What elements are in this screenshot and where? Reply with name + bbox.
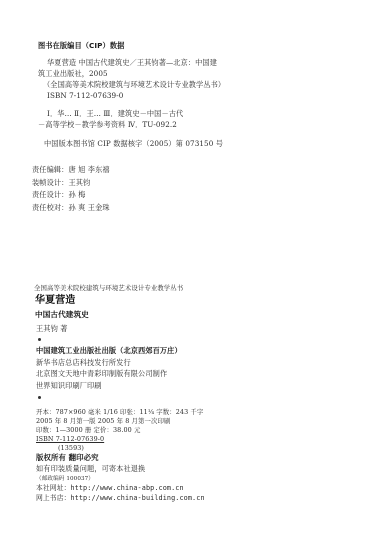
format-line: 开本：787×960 毫米 1/16 印张：11¼ 字数：243 千字 [36,408,203,417]
publisher-line: 中国建筑工业出版社出版（北京西郊百万庄） [36,346,182,355]
book-code: (13593) [58,444,84,453]
website-link[interactable]: http://www.china-abp.com.cn [70,484,183,492]
isbn-line: ISBN 7-112-07639-0 [36,435,104,444]
distributor-line: 新华书店总店科技发行所发行 [36,358,131,367]
cip-library-record: 中国版本图书馆 CIP 数据核字（2005）第 073150 号 [44,139,223,148]
book-title: 华夏营造 [35,295,75,307]
cip-subject-line2: －高等学校－教学参考资料 Ⅳ．TU-092.2 [38,120,177,129]
producer-line: 北京图文天地中青彩印制版有限公司制作 [36,369,167,378]
credit-proofreading: 责任校对：孙 爽 王金珠 [32,203,110,212]
postcode: （邮政编码 100037） [36,475,94,484]
bookstore-line: 网上书店：http://www.china-building.com.cn [36,494,205,503]
bullet-divider-icon [38,338,41,341]
cip-entry-line1: 华夏营造 中国古代建筑史／王其钧著—北京：中国建 [47,58,217,67]
cip-series-line: （全国高等美术院校建筑与环境艺术设计专业教学丛书） [43,80,225,89]
credit-design: 责任设计：孙 梅 [32,190,85,199]
website-label: 本社网址： [36,484,70,492]
edition-line: 2005 年 8 月第一版 2005 年 8 月第一次印刷 [36,417,170,426]
book-subtitle: 中国古代建筑史 [35,310,89,319]
printer-line: 世界知识印刷厂印刷 [36,381,102,390]
cip-entry-line2: 筑工业出版社，2005 [38,69,108,78]
website-line: 本社网址：http://www.china-abp.com.cn [36,484,184,493]
returns-notice: 如有印装质量问题，可寄本社退换 [36,464,145,473]
cip-subject-line1: Ⅰ．华… Ⅱ．王… Ⅲ．建筑史－中国－古代 [47,109,183,118]
bookstore-link[interactable]: http://www.china-building.com.cn [70,494,204,502]
credit-editors: 责任编辑：唐 旭 李东禧 [32,165,110,174]
print-run-line: 印数：1—3000 册 定价：38.00 元 [36,426,140,435]
credit-cover-design: 装帧设计：王其钧 [32,178,90,187]
copyright-notice: 版权所有 翻印必究 [36,453,99,462]
cip-isbn-line: ISBN 7-112-07639-0 [47,91,123,100]
bookstore-label: 网上书店： [36,494,70,502]
book-author: 王其钧 著 [36,324,68,333]
series-name: 全国高等美术院校建筑与环境艺术设计专业教学丛书 [34,284,183,293]
bullet-divider-icon [38,396,41,399]
cip-heading: 图书在版编目（CIP）数据 [38,41,124,50]
